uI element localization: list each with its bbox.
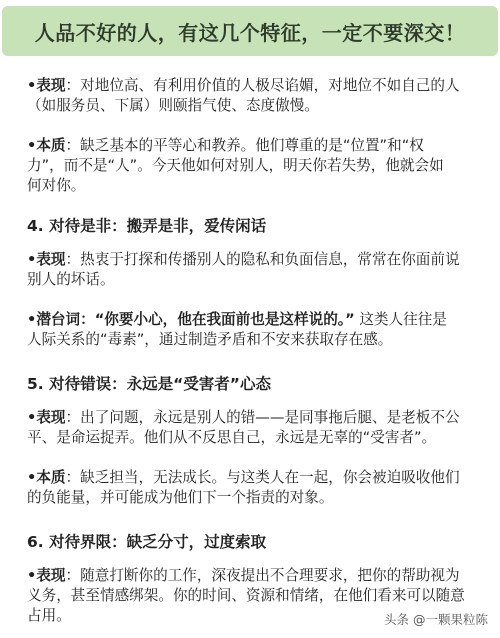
paragraph-label: 表现 <box>36 77 65 94</box>
quote-text: ：“你要小心，他在我面前也是这样说的。” <box>80 311 355 328</box>
paragraph-behavior: •表现：出了问题，永远是别人的错——是同事拖后腿、是老板不公 平、是命运捉弄。他… <box>27 408 477 448</box>
title-banner: 人品不好的人，有这几个特征，一定不要深交！ <box>2 6 498 56</box>
paragraph-essence: •本质：缺乏担当，无法成长。与这类人在一起，你会被迫吸收他们 的负能量，并可能成… <box>27 468 477 508</box>
bullet-icon: • <box>27 567 36 584</box>
paragraph-text: ：缺乏担当，无法成长。与这类人在一起，你会被迫吸收他们 <box>66 469 460 486</box>
paragraph-text: 何对你。 <box>27 176 477 196</box>
paragraph-label: 本质 <box>36 469 65 486</box>
paragraph-text: ：出了问题，永远是别人的错——是同事拖后腿、是老板不公 <box>66 409 460 426</box>
paragraph-essence: •本质：缺乏基本的平等心和教养。他们尊重的是“位置”和“权 力”，而不是“人”。… <box>27 136 477 196</box>
bullet-icon: • <box>27 77 36 94</box>
paragraph-text: 别人的坏话。 <box>27 270 477 290</box>
paragraph-label: 表现 <box>36 409 65 426</box>
bullet-icon: • <box>27 469 36 486</box>
paragraph-text: 人际关系的“毒素”，通过制造矛盾和不安来获取存在感。 <box>27 330 477 350</box>
article-body: •表现：对地位高、有利用价值的人极尽谄媚，对地位不如自己的人 （如服务员、下属）… <box>27 76 477 638</box>
paragraph-text: ：对地位高、有利用价值的人极尽谄媚，对地位不如自己的人 <box>66 77 460 94</box>
paragraph-text: ：缺乏基本的平等心和教养。他们尊重的是“位置”和“权 <box>66 137 424 154</box>
paragraph-label: 表现 <box>36 251 65 268</box>
paragraph-text: 力”，而不是“人”。今天他如何对别人，明天你若失势，他就会如 <box>27 156 477 176</box>
source-watermark: 头条 @一颗果粒陈 <box>384 610 488 628</box>
paragraph-label: 表现 <box>36 567 65 584</box>
paragraph-label: 本质 <box>36 137 65 154</box>
bullet-icon: • <box>27 251 36 268</box>
paragraph-text: 这类人往往是 <box>355 311 447 328</box>
section-heading-4: 4. 对待是非：搬弄是非，爱传闲话 <box>27 216 477 236</box>
paragraph-text: 的负能量，并可能成为他们下一个指责的对象。 <box>27 488 477 508</box>
section-heading-5: 5. 对待错误：永远是“受害者”心态 <box>27 374 477 394</box>
bullet-icon: • <box>27 311 36 328</box>
bullet-icon: • <box>27 409 36 426</box>
bullet-icon: • <box>27 137 36 154</box>
paragraph-text: 义务，甚至情感绑架。你的时间、资源和情绪，在他们看来可以随意 <box>27 586 477 606</box>
paragraph-text: （如服务员、下属）则颐指气使、态度傲慢。 <box>27 96 477 116</box>
paragraph-behavior: •表现：对地位高、有利用价值的人极尽谄媚，对地位不如自己的人 （如服务员、下属）… <box>27 76 477 116</box>
paragraph-text: ：随意打断你的工作，深夜提出不合理要求，把你的帮助视为 <box>66 567 460 584</box>
paragraph-subtext: •潜台词：“你要小心，他在我面前也是这样说的。” 这类人往往是 人际关系的“毒素… <box>27 310 477 350</box>
paragraph-label: 潜台词 <box>36 311 80 328</box>
section-heading-6: 6. 对待界限：缺乏分寸，过度索取 <box>27 532 477 552</box>
paragraph-behavior: •表现：热衷于打探和传播别人的隐私和负面信息，常常在你面前说 别人的坏话。 <box>27 250 477 290</box>
paragraph-text: 平、是命运捉弄。他们从不反思自己，永远是无辜的“受害者”。 <box>27 428 477 448</box>
page-title: 人品不好的人，有这几个特征，一定不要深交！ <box>35 17 466 46</box>
paragraph-text: ：热衷于打探和传播别人的隐私和负面信息，常常在你面前说 <box>66 251 460 268</box>
